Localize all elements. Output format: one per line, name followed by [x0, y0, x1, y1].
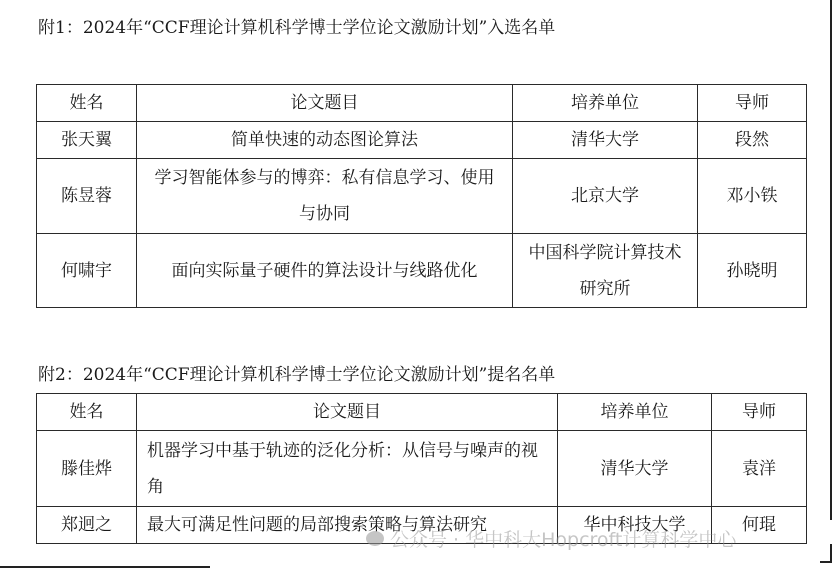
header-title: 论文题目 [137, 394, 558, 431]
cell-name: 滕佳烨 [37, 431, 137, 507]
table-header-row: 姓名 论文题目 培养单位 导师 [37, 394, 807, 431]
cell-advisor: 孙晓明 [698, 234, 807, 308]
watermark-text: 公众号 · 华中科大Hopcroft计算科学中心 [390, 525, 736, 552]
cell-title: 学习智能体参与的博弈：私有信息学习、使用与协同 [137, 159, 513, 234]
cell-institution: 北京大学 [513, 159, 698, 234]
cell-advisor: 段然 [698, 122, 807, 159]
cell-institution: 清华大学 [558, 431, 712, 507]
header-advisor: 导师 [712, 394, 807, 431]
cell-institution: 清华大学 [513, 122, 698, 159]
table-row: 滕佳烨 机器学习中基于轨迹的泛化分析：从信号与噪声的视角 清华大学 袁洋 [37, 431, 807, 507]
cell-advisor: 袁洋 [712, 431, 807, 507]
cell-name: 何啸宇 [37, 234, 137, 308]
appendix2-caption: 附2：2024年“CCF理论计算机科学博士学位论文激励计划”提名名单 [38, 364, 555, 386]
header-institution: 培养单位 [558, 394, 712, 431]
cell-name: 张天翼 [37, 122, 137, 159]
table-header-row: 姓名 论文题目 培养单位 导师 [37, 85, 807, 122]
table-row: 张天翼 简单快速的动态图论算法 清华大学 段然 [37, 122, 807, 159]
cell-institution: 中国科学院计算技术研究所 [513, 234, 698, 308]
cell-title: 机器学习中基于轨迹的泛化分析：从信号与噪声的视角 [137, 431, 558, 507]
table-row: 何啸宇 面向实际量子硬件的算法设计与线路优化 中国科学院计算技术研究所 孙晓明 [37, 234, 807, 308]
cell-name: 郑迥之 [37, 507, 137, 544]
header-advisor: 导师 [698, 85, 807, 122]
nominated-list-table: 姓名 论文题目 培养单位 导师 滕佳烨 机器学习中基于轨迹的泛化分析：从信号与噪… [36, 393, 807, 544]
cell-advisor: 邓小铁 [698, 159, 807, 234]
header-institution: 培养单位 [513, 85, 698, 122]
watermark: 公众号 · 华中科大Hopcroft计算科学中心 [366, 525, 736, 552]
cell-title: 简单快速的动态图论算法 [137, 122, 513, 159]
header-name: 姓名 [37, 85, 137, 122]
table-row: 陈昱蓉 学习智能体参与的博弈：私有信息学习、使用与协同 北京大学 邓小铁 [37, 159, 807, 234]
header-name: 姓名 [37, 394, 137, 431]
page-frame-corner [830, 544, 832, 562]
page-frame-right-edge [830, 0, 832, 520]
page-frame-corner [820, 561, 832, 563]
cell-name: 陈昱蓉 [37, 159, 137, 234]
wechat-icon [366, 531, 384, 546]
page-footnote-rule [0, 566, 210, 568]
header-title: 论文题目 [137, 85, 513, 122]
selected-list-table: 姓名 论文题目 培养单位 导师 张天翼 简单快速的动态图论算法 清华大学 段然 … [36, 84, 807, 308]
cell-title: 面向实际量子硬件的算法设计与线路优化 [137, 234, 513, 308]
appendix1-caption: 附1：2024年“CCF理论计算机科学博士学位论文激励计划”入选名单 [38, 17, 555, 39]
